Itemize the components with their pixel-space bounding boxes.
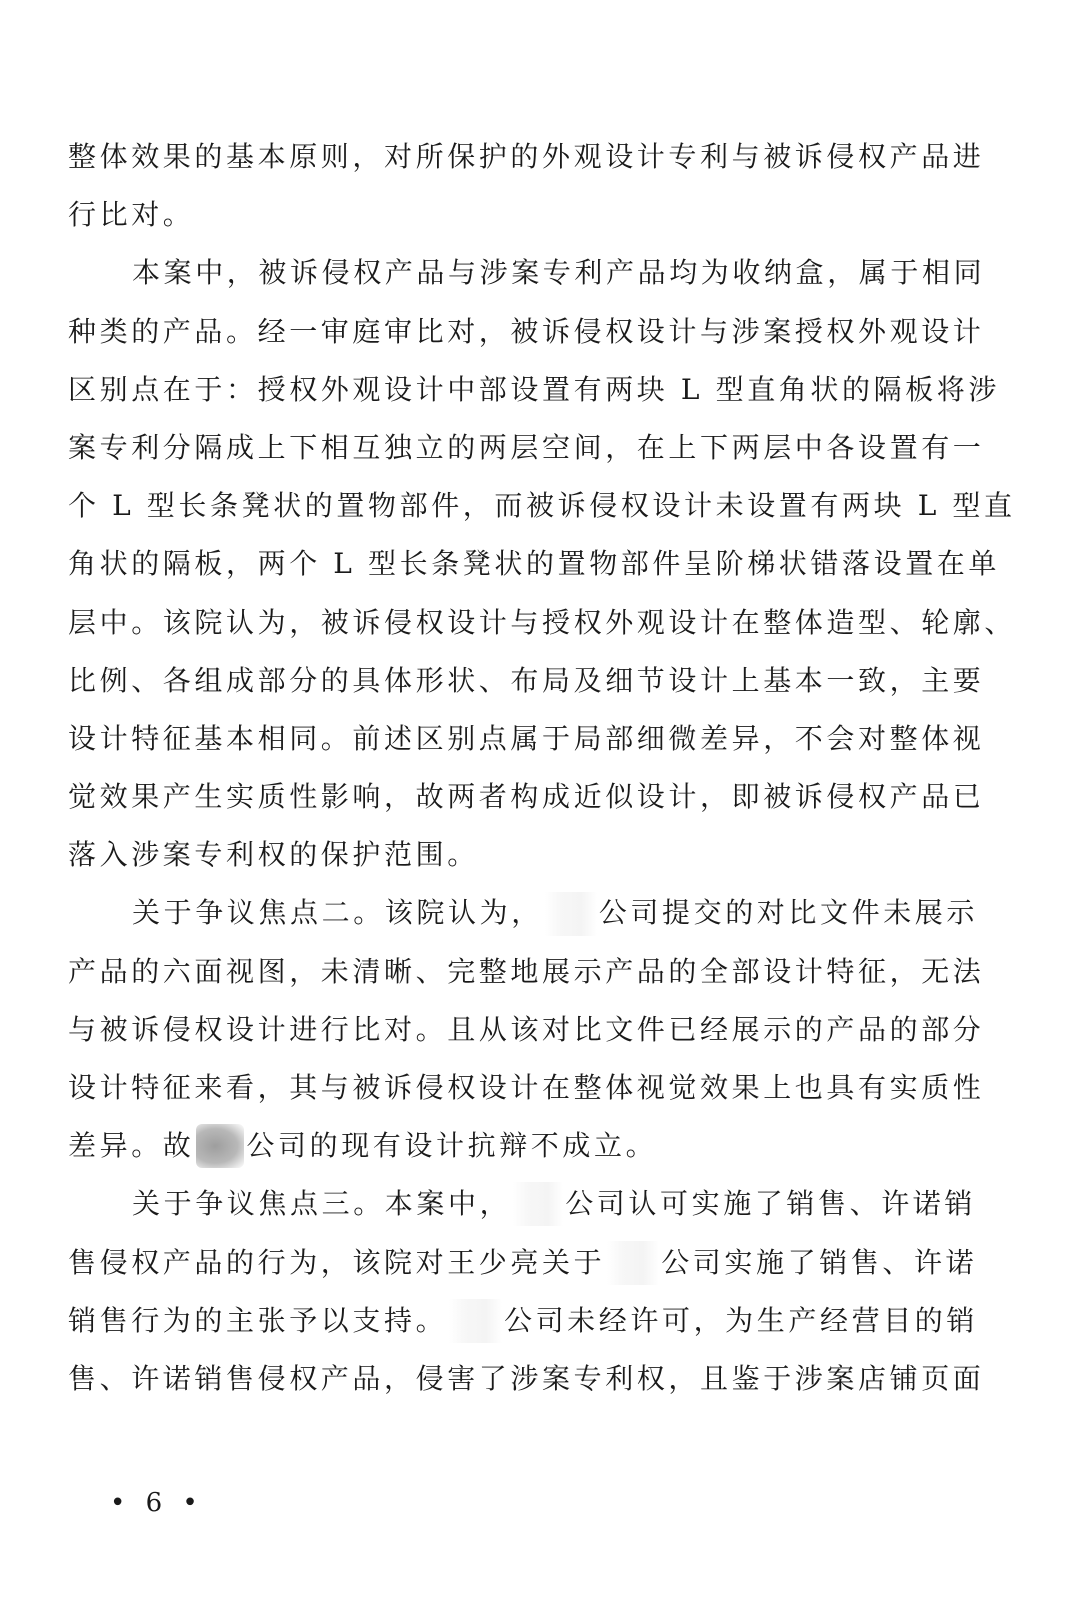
text-segment: 设计特征基本相同。前述区别点属于局部细微差异，不会对整体视 [68,710,984,768]
text-line: 与被诉侵权设计进行比对。且从该对比文件已经展示的产品的部分 [68,1001,978,1059]
text-line: 角状的隔板，两个 L 型长条凳状的置物部件呈阶梯状错落设置在单 [68,535,978,593]
text-line: 售、许诺销售侵权产品，侵害了涉案专利权，且鉴于涉案店铺页面 [68,1350,978,1408]
text-segment: 行比对。 [68,186,194,244]
text-line: 种类的产品。经一审庭审比对，被诉侵权设计与涉案授权外观设计 [68,303,978,361]
paragraph-first-line: 关于争议焦点二。该院认为，公司提交的对比文件未展示 [68,884,978,942]
redacted-company-name [513,1182,563,1226]
text-line: 行比对。 [68,186,978,244]
text-line: 区别点在于：授权外观设计中部设置有两块 L 型直角状的隔板将涉 [68,361,978,419]
text-segment: 本案中，被诉侵权产品与涉案专利产品均为收纳盒，属于相同 [132,244,985,302]
text-line: 比例、各组成部分的具体形状、布局及细节设计上基本一致，主要 [68,652,978,710]
text-line: 售侵权产品的行为，该院对王少亮关于公司实施了销售、许诺 [68,1234,978,1292]
text-segment: 种类的产品。经一审庭审比对，被诉侵权设计与涉案授权外观设计 [68,303,984,361]
text-segment: 公司未经许可，为生产经营目的销 [504,1292,978,1350]
redacted-company-name [449,1299,502,1343]
text-line: 案专利分隔成上下相互独立的两层空间，在上下两层中各设置有一 [68,419,978,477]
text-line: 落入涉案专利权的保护范围。 [68,826,978,884]
text-line: 觉效果产生实质性影响，故两者构成近似设计，即被诉侵权产品已 [68,768,978,826]
text-segment: 差异。故 [68,1117,194,1175]
text-segment: 个 L 型长条凳状的置物部件，而被诉侵权设计未设置有两块 L 型直 [68,477,1016,535]
text-segment: 觉效果产生实质性影响，故两者构成近似设计，即被诉侵权产品已 [68,768,984,826]
redacted-company-name [196,1124,244,1168]
text-segment: 公司提交的对比文件未展示 [599,884,978,942]
text-line: 差异。故公司的现有设计抗辩不成立。 [68,1117,978,1175]
text-segment: 角状的隔板，两个 L 型长条凳状的置物部件呈阶梯状错落设置在单 [68,535,1000,593]
text-segment: 销售行为的主张予以支持。 [68,1292,447,1350]
text-segment: 公司认可实施了销售、许诺销 [565,1175,976,1233]
text-segment: 公司实施了销售、许诺 [661,1234,977,1292]
redacted-company-name [607,1241,659,1285]
page-number: • 6 • [110,1488,204,1518]
text-segment: 比例、各组成部分的具体形状、布局及细节设计上基本一致，主要 [68,652,984,710]
document-body: 整体效果的基本原则，对所保护的外观设计专利与被诉侵权产品进行比对。本案中，被诉侵… [68,128,978,1408]
text-line: 产品的六面视图，未清晰、完整地展示产品的全部设计特征，无法 [68,943,978,1001]
text-segment: 关于争议焦点二。该院认为， [132,884,543,942]
text-segment: 公司的现有设计抗辩不成立。 [246,1117,657,1175]
text-segment: 与被诉侵权设计进行比对。且从该对比文件已经展示的产品的部分 [68,1001,984,1059]
text-segment: 区别点在于：授权外观设计中部设置有两块 L 型直角状的隔板将涉 [68,361,1000,419]
text-segment: 层中。该院认为，被诉侵权设计与授权外观设计在整体造型、轮廓、 [68,594,1016,652]
text-line: 层中。该院认为，被诉侵权设计与授权外观设计在整体造型、轮廓、 [68,594,978,652]
text-line: 个 L 型长条凳状的置物部件，而被诉侵权设计未设置有两块 L 型直 [68,477,978,535]
text-segment: 关于争议焦点三。本案中， [132,1175,511,1233]
text-segment: 设计特征来看，其与被诉侵权设计在整体视觉效果上也具有实质性 [68,1059,984,1117]
text-segment: 整体效果的基本原则，对所保护的外观设计专利与被诉侵权产品进 [68,128,984,186]
paragraph-first-line: 关于争议焦点三。本案中，公司认可实施了销售、许诺销 [68,1175,978,1233]
redacted-company-name [545,892,597,936]
text-segment: 落入涉案专利权的保护范围。 [68,826,479,884]
paragraph-first-line: 本案中，被诉侵权产品与涉案专利产品均为收纳盒，属于相同 [68,244,978,302]
text-segment: 售侵权产品的行为，该院对王少亮关于 [68,1234,605,1292]
document-page: 整体效果的基本原则，对所保护的外观设计专利与被诉侵权产品进行比对。本案中，被诉侵… [0,0,1067,1624]
text-segment: 案专利分隔成上下相互独立的两层空间，在上下两层中各设置有一 [68,419,984,477]
text-line: 销售行为的主张予以支持。公司未经许可，为生产经营目的销 [68,1292,978,1350]
text-line: 整体效果的基本原则，对所保护的外观设计专利与被诉侵权产品进 [68,128,978,186]
text-line: 设计特征基本相同。前述区别点属于局部细微差异，不会对整体视 [68,710,978,768]
text-segment: 售、许诺销售侵权产品，侵害了涉案专利权，且鉴于涉案店铺页面 [68,1350,984,1408]
text-segment: 产品的六面视图，未清晰、完整地展示产品的全部设计特征，无法 [68,943,984,1001]
text-line: 设计特征来看，其与被诉侵权设计在整体视觉效果上也具有实质性 [68,1059,978,1117]
